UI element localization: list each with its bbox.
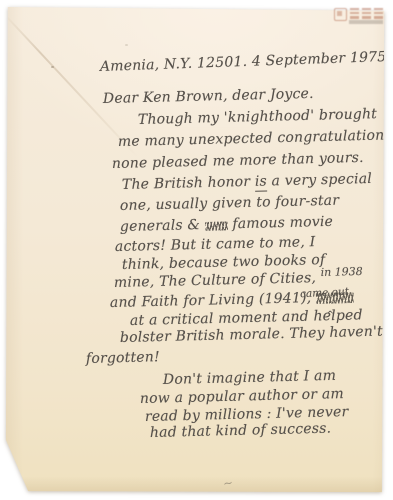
letter-line: Don't imagine that I am	[163, 368, 336, 388]
letter-photo: Amenia, N.Y. 12501. 4 September 1975 Dea…	[0, 0, 393, 500]
watermark-subtext-bar	[349, 20, 383, 24]
letter-line: The British honor is a very special	[122, 171, 372, 193]
inserted-phrase: came out	[300, 286, 350, 301]
letter-line: me many unexpected congratulations	[118, 127, 392, 150]
letter-salutation: Dear Ken Brown, dear Joyce.	[103, 86, 314, 107]
paper-speck	[125, 44, 128, 46]
pencil-mark: ~	[222, 475, 234, 491]
letter-line: had that kind of success.	[150, 421, 332, 441]
paper-speck	[51, 66, 54, 68]
line-text: mine, The Culture of Cities,	[114, 270, 321, 291]
letter-line: one, usually given to four-star	[120, 193, 340, 214]
letter-paper: Amenia, N.Y. 12501. 4 September 1975 Dea…	[4, 4, 388, 496]
watermark-glyph	[374, 8, 383, 19]
inserted-date: in 1938	[320, 265, 362, 279]
auction-watermark-logo	[334, 7, 386, 24]
letter-line: Though my 'knighthood' brought	[138, 106, 377, 128]
scribbled-out-word	[205, 221, 228, 231]
line-text: The British honor	[122, 174, 255, 193]
letter-line: none pleased me more than yours.	[112, 150, 364, 172]
line-text: generals &	[120, 217, 205, 235]
underlined-word: is	[255, 173, 267, 191]
letter-line: forgotten!	[86, 349, 160, 367]
paper-shadow-wrap: Amenia, N.Y. 12501. 4 September 1975 Dea…	[0, 0, 393, 500]
letter-dateline: Amenia, N.Y. 12501. 4 September 1975	[100, 49, 387, 75]
line-text: a very special	[267, 171, 372, 190]
watermark-glyph	[362, 8, 371, 19]
watermark-glyph	[350, 8, 359, 19]
letter-line: actors! But it came to me, I	[115, 234, 316, 255]
line-text: famous movie	[228, 214, 334, 233]
letter-line: generals & famous movie	[120, 214, 333, 235]
watermark-square-icon	[334, 8, 347, 21]
line-text: and Faith for Living (1941),	[110, 290, 316, 311]
letter-line: now a popular author or am	[140, 386, 344, 407]
